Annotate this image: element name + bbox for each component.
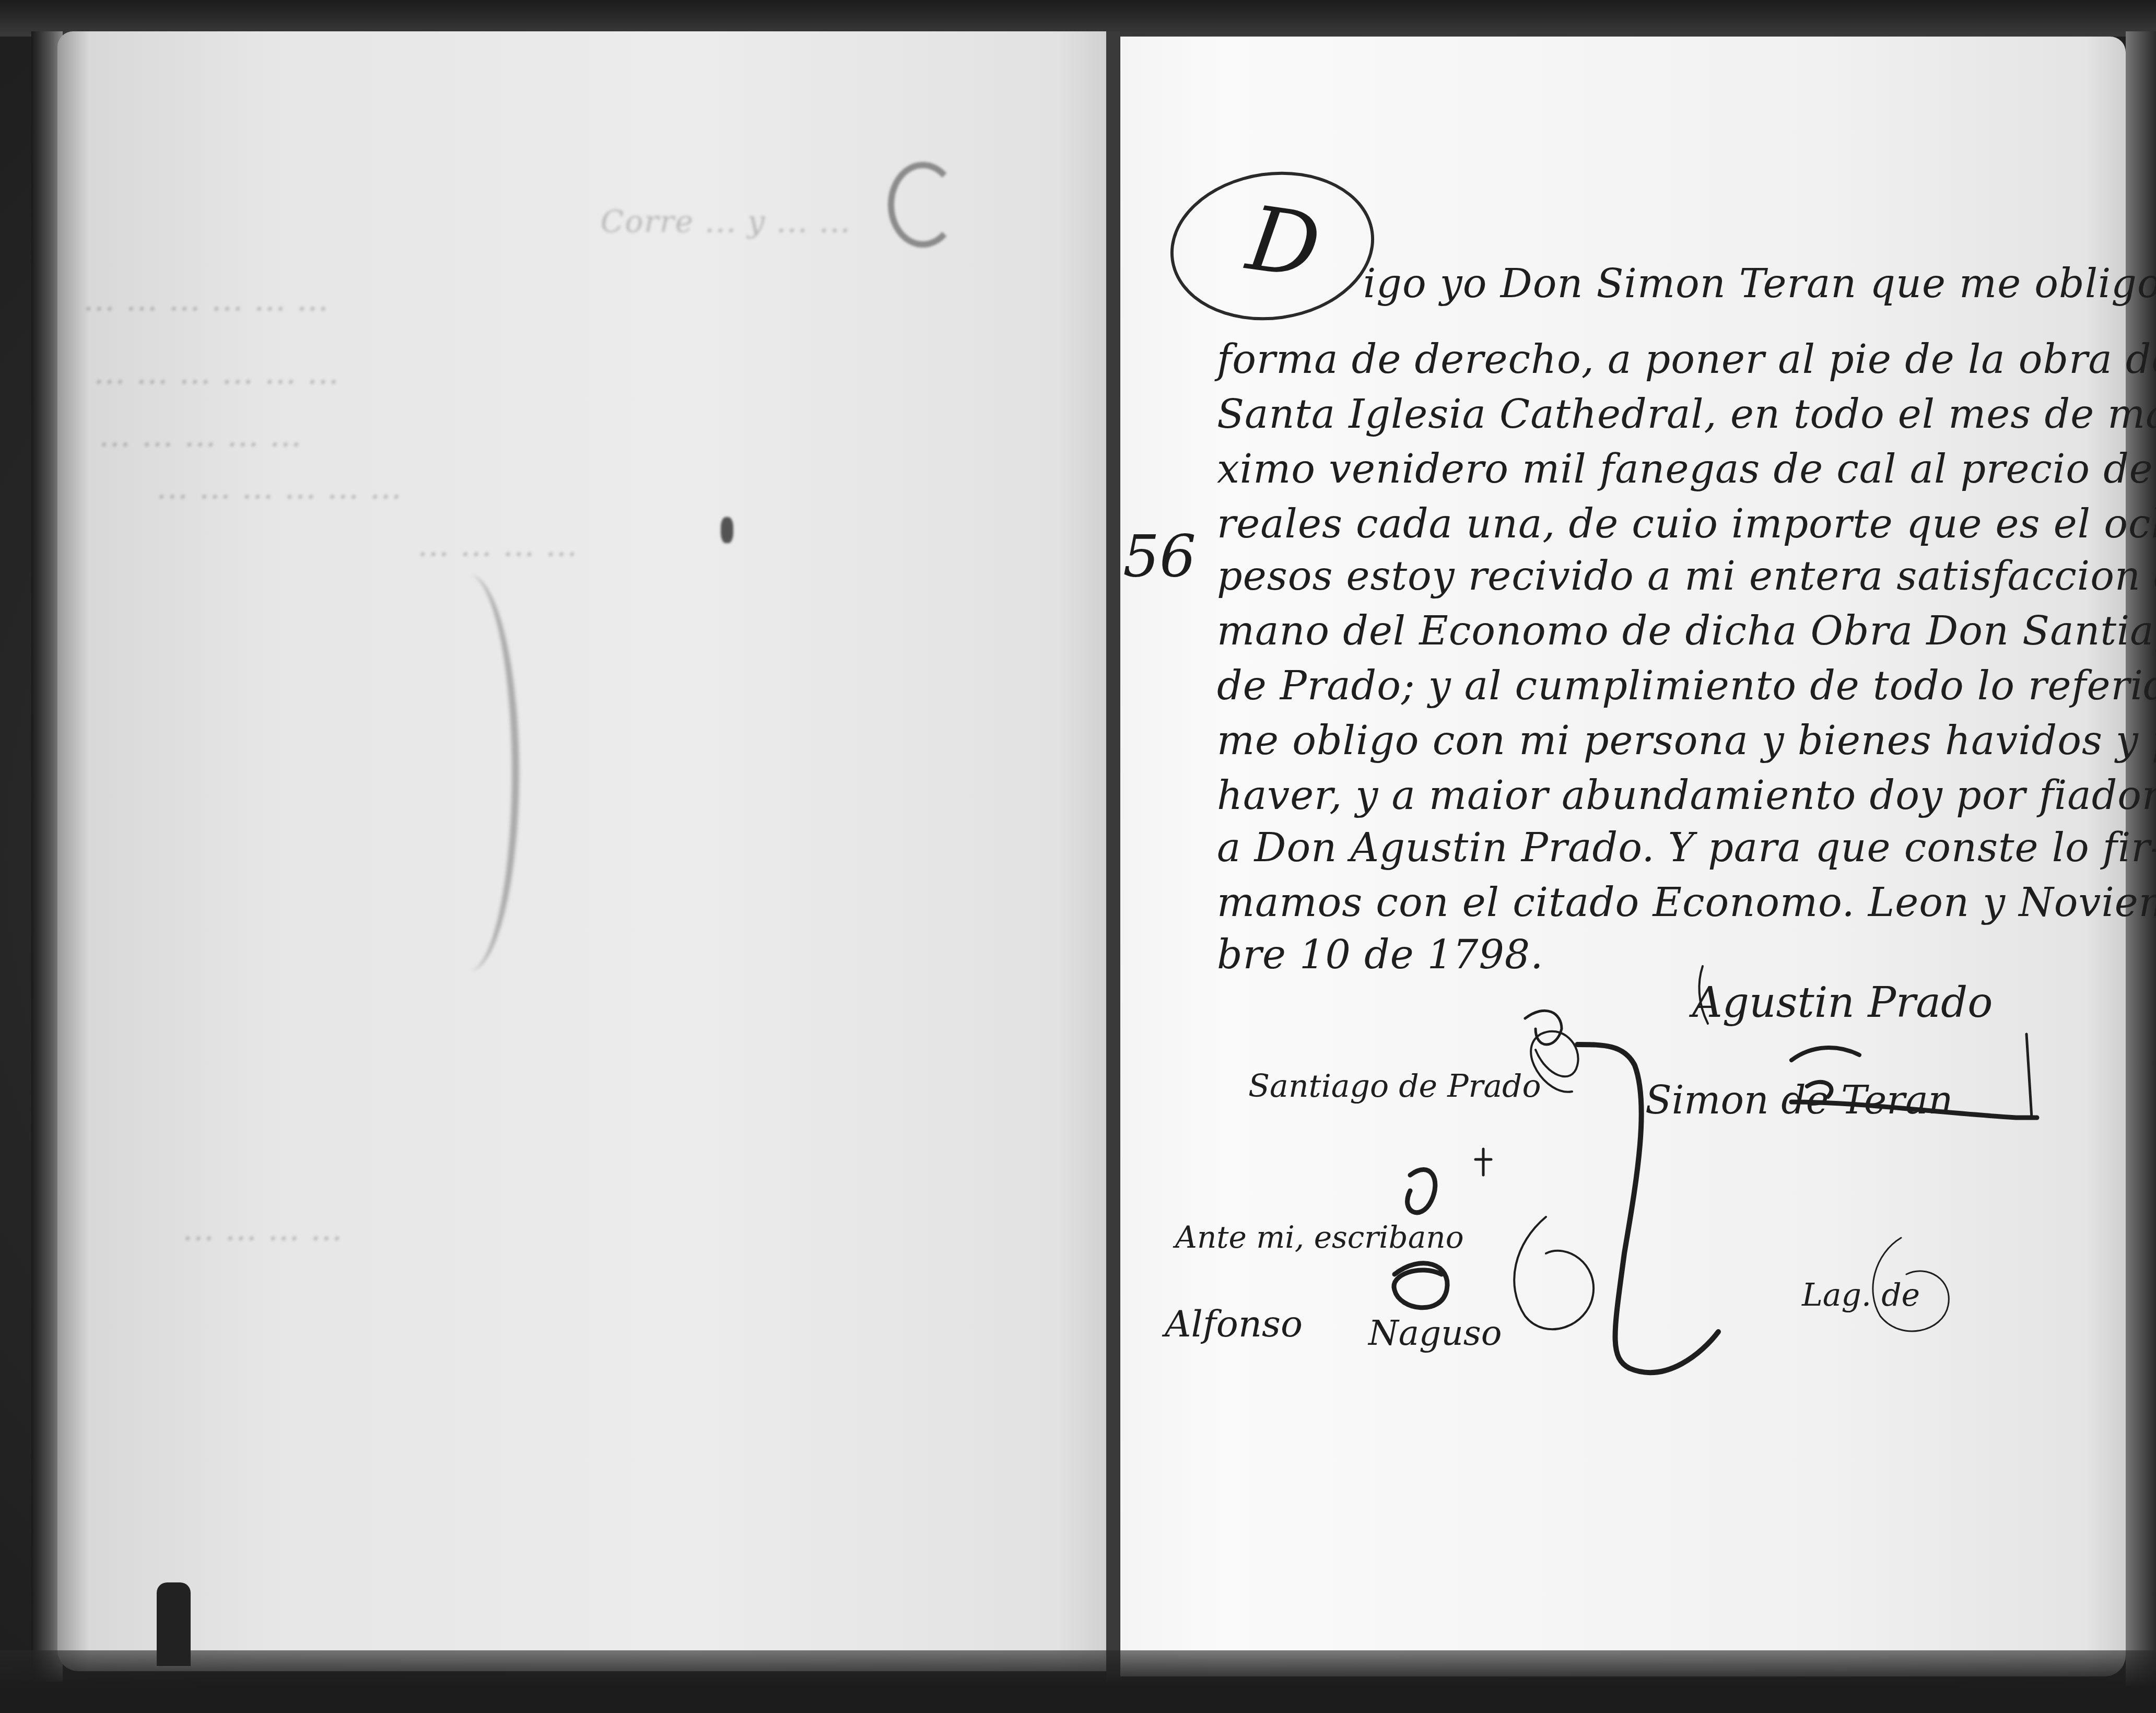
signature-flourishes [0, 0, 2156, 1713]
